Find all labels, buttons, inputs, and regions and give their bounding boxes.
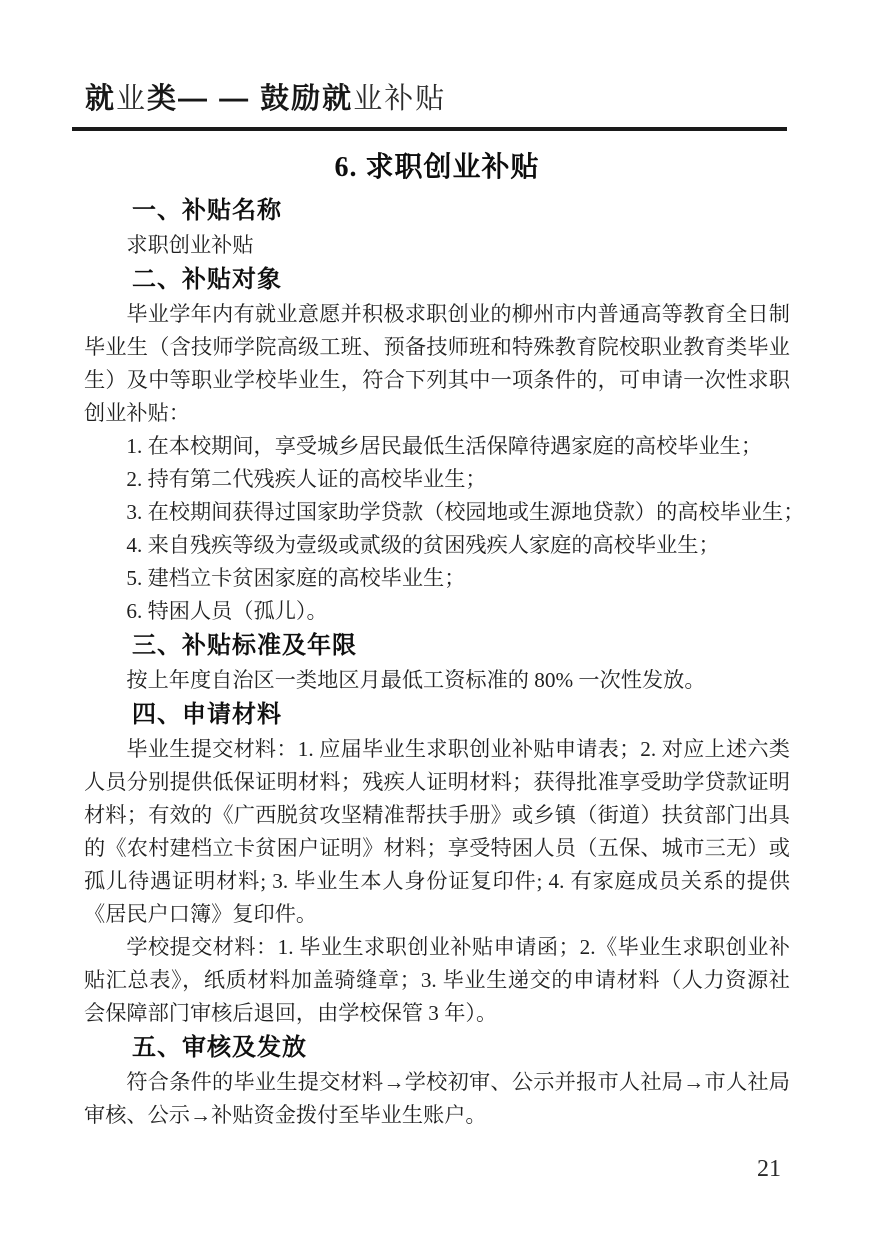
list-item-3: 3. 在校期间获得过国家助学贷款（校园地或生源地贷款）的高校毕业生； — [84, 496, 790, 529]
list-item-1: 1. 在本校期间，享受城乡居民最低生活保障待遇家庭的高校毕业生； — [84, 430, 790, 463]
section-heading-4: 四、申请材料 — [84, 698, 790, 732]
header-rule — [72, 127, 787, 131]
running-header-segment: 业 — [116, 83, 147, 115]
running-header-segment: 就 — [85, 83, 116, 115]
running-header-segment: 类 — [147, 83, 178, 115]
list-item-4: 4. 来自残疾等级为壹级或贰级的贫困残疾人家庭的高校毕业生； — [84, 529, 790, 562]
paragraph-review-process: 符合条件的毕业生提交材料→学校初审、公示并报市人社局→市人社局审核、公示→补贴资… — [84, 1066, 790, 1132]
page-number: 21 — [743, 1152, 795, 1186]
section-heading-2: 二、补贴对象 — [84, 263, 790, 297]
document-page: 就业类— — 鼓励就业补贴 6. 求职创业补贴 一、补贴名称 求职创业补贴 二、… — [0, 0, 875, 1241]
paragraph-standard: 按上年度自治区一类地区月最低工资标准的 80% 一次性发放。 — [84, 664, 790, 697]
paragraph-school-materials: 学校提交材料：1. 毕业生求职创业补贴申请函；2.《毕业生求职创业补贴汇总表》，… — [84, 931, 790, 1030]
list-item-5: 5. 建档立卡贫困家庭的高校毕业生； — [84, 562, 790, 595]
paragraph-graduate-materials: 毕业生提交材料：1. 应届毕业生求职创业补贴申请表；2. 对应上述六类人员分别提… — [84, 733, 790, 931]
running-header-dash: — — — [178, 83, 260, 115]
section-heading-1: 一、补贴名称 — [84, 194, 790, 228]
section-heading-5: 五、审核及发放 — [84, 1031, 790, 1065]
section-heading-3: 三、补贴标准及年限 — [84, 629, 790, 663]
running-header: 就业类— — 鼓励就业补贴 — [85, 82, 446, 116]
paragraph-eligibility: 毕业学年内有就业意愿并积极求职创业的柳州市内普通高等教育全日制毕业生（含技师学院… — [84, 298, 790, 430]
list-item-2: 2. 持有第二代残疾人证的高校毕业生； — [84, 463, 790, 496]
document-body: 6. 求职创业补贴 一、补贴名称 求职创业补贴 二、补贴对象 毕业学年内有就业意… — [84, 140, 790, 1132]
list-item-6: 6. 特困人员（孤儿）。 — [84, 595, 790, 628]
running-header-segment: 业补贴 — [353, 83, 446, 115]
document-title: 6. 求职创业补贴 — [84, 150, 790, 186]
running-header-segment: 鼓励就 — [260, 83, 353, 115]
subsidy-name-text: 求职创业补贴 — [84, 229, 790, 262]
